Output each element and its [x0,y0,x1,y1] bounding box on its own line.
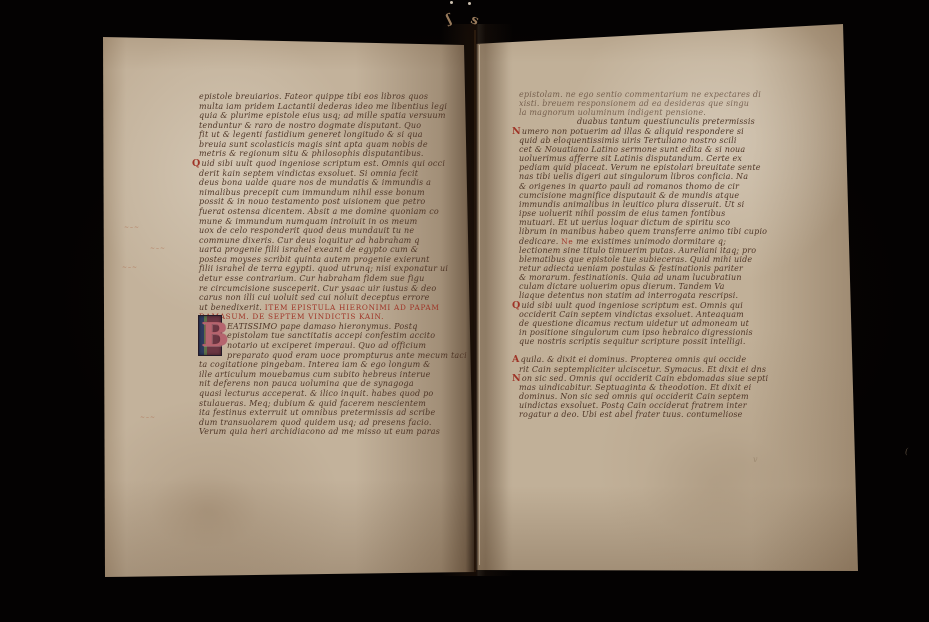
manuscript-line: detur esse contrarium. Cur habraham fide… [199,274,451,284]
manuscript-line: nit deferens non pauca uolumina que de s… [199,379,451,389]
line-text: epistole breuiarios. Fateor quippe tibi … [199,92,428,101]
line-text: uid sibi uult quod ingeniose scriptum es… [202,159,446,168]
manuscript-line: tenduntur & raro de nostro dogmate dispu… [199,121,451,131]
line-text: mas uindicabitur. Septuaginta & theodoti… [519,383,751,392]
manuscript-line: epistolam. ne ego sentio commentarium ne… [519,90,774,99]
manuscript-line: metris & regionum situ & philosophis dis… [199,149,451,159]
red-capital: Q [192,158,202,169]
line-text: immundis animalibus in leuitico plura di… [519,200,744,209]
manuscript-line: dedicare. Ne me existimes unimodo dormit… [519,237,774,246]
manuscript-line: dominus. Non sic sed omnis qui occiderit… [519,392,774,401]
manuscript-line: culam dictare uoluerim opus dierum. Tand… [519,282,774,291]
illuminated-initial-B: B [198,315,222,356]
line-text: ta cogitatione pingebam. Interea iam & e… [199,360,431,369]
line-text: librum in manibus habeo quem transferre … [519,227,767,236]
line-text: postea moyses scribit quinta autem proge… [199,255,430,264]
manuscript-line: deus bona ualde quare nos de mundatis & … [199,178,451,188]
line-text: ita festinus exterruit ut omnibus preter… [199,408,435,417]
manuscript-line: uarta progenie filii israhel exeant de e… [199,245,451,255]
line-text: breuia sunt scolasticis magis sint apta … [199,140,428,149]
line-text: blematibus que epistole tue subieceras. … [519,255,752,264]
manuscript-line: xisti. breuem responsionem ad ea desider… [519,99,774,108]
line-text: rit Cain septempliciter ulciscetur. Syma… [519,365,766,374]
line-text: EATISSIMO pape damaso hieronymus. Postq [227,322,418,331]
margin-scribble-icon: ~–~ [122,264,138,271]
manuscript-line: pediam quid placeat. Verum ne epistolari… [519,163,774,172]
line-text: nas tibi uelis digeri aut singulorum lib… [519,172,748,181]
manuscript-line: re circumcisione susceperit. Cur ysaac u… [199,284,451,294]
manuscript-line: mune & immundum numquam introiuit in os … [199,217,451,227]
manuscript-line: ita festinus exterruit ut omnibus preter… [199,408,451,418]
manuscript-line: nimalibus precepit cum immundum nihil es… [199,188,451,198]
manuscript-line: quid ab eloquentissimis uiris Tertuliano… [519,136,774,145]
manuscript-line: commune dixeris. Cur deus loquitur ad ha… [199,236,451,246]
manuscript-line: rit Cain septempliciter ulciscetur. Syma… [519,365,774,374]
manuscript-line: stulaueras. Meq; dubium & quid facerem n… [199,399,451,409]
line-text: commune dixeris. Cur deus loquitur ad ha… [199,236,420,245]
manuscript-line: retur adiecta ueniam postulas & festinat… [519,264,774,273]
line-text: quid ab eloquentissimis uiris Tertuliano… [519,136,737,145]
line-text: dominus. Non sic sed omnis qui occiderit… [519,392,749,401]
line-text: uarta progenie filii israhel exeant de e… [199,245,418,254]
manuscript-line: epistole breuiarios. Fateor quippe tibi … [199,92,451,102]
line-text: xisti. breuem responsionem ad ea desider… [519,99,749,108]
initial-letter: B [201,314,222,355]
line-text: carus non illi cui uoluit sed cui noluit… [199,293,430,302]
manuscript-line: duabus tantum questiunculis pretermissis [519,117,774,126]
line-text: quila. & dixit ei dominus. Propterea omn… [521,355,747,364]
manuscript-line: mutuari. Et ut uerius loquar dictum de s… [519,218,774,227]
line-text: ille articulum mouebamus cum subito hebr… [199,370,431,379]
line-text: cet & Nouatiano Latino sermone sunt edit… [519,145,745,154]
line-text: multa iam pridem Lactantii dederas ideo … [199,102,447,111]
line-text: nit deferens non pauca uolumina que de s… [199,379,414,388]
line-text: cumcisione magnifice disputauit & de mun… [519,191,739,200]
line-text: possit & in nouo testamento post uisione… [199,197,425,206]
manuscript-line: mas uindicabitur. Septuaginta & theodoti… [519,383,774,392]
line-text: pediam quid placeat. Verum ne epistolari… [519,163,761,172]
margin-note-icon: ~–~ [140,414,156,421]
manuscript-line: immundis animalibus in leuitico plura di… [519,200,774,209]
manuscript-line: cet & Nouatiano Latino sermone sunt edit… [519,145,774,154]
line-text: re circumcisione susceperit. Cur ysaac u… [199,284,436,293]
line-text: notario ut exciperet imperaui. Quo ad of… [227,341,426,350]
stray-ink-mark: v [753,455,758,464]
line-text: preparato quod eram uoce prompturus ante… [227,351,467,360]
manuscript-line: ille articulum mouebamus cum subito hebr… [199,370,451,380]
line-text: que nostris scriptis sequitur scripture … [519,337,746,346]
line-text: stulaueras. Meq; dubium & quid facerem n… [199,399,426,408]
manuscript-line: EATISSIMO pape damaso hieronymus. Postq [199,322,451,332]
line-text: ut benedixerit. ITEM EPISTULA HIERONIMI … [199,303,440,312]
manuscript-line: uindictas exsoluet. Postq Cain occiderat… [519,401,774,410]
line-text: mune & immundum numquam introiuit in os … [199,217,417,226]
manuscript-line: de questione dicamus rectum uidetur ut a… [519,319,774,328]
line-text: uoluerimus afferre sit Latinis disputand… [519,154,742,163]
manuscript-line: Non sic sed. Omnis qui occiderit Cain eb… [519,374,774,383]
line-text: dedicare. Ne me existimes unimodo dormit… [519,237,726,246]
line-text: filii israhel de terra egypti. quod utru… [199,264,448,273]
line-text: quia & plurime epistole eius usq; ad mil… [199,111,446,120]
manuscript-line: Aquila. & dixit ei dominus. Propterea om… [519,355,774,364]
manuscript-line: la magnorum uoluminum indigent pensione. [519,108,774,117]
manuscript-line: possit & in nouo testamento post uisione… [199,197,451,207]
line-text: lectionem sine titulo timuerim putas. Au… [519,246,756,255]
manuscript-line: dum transuolarem quod quidem usq; ad pre… [199,418,451,428]
line-text: liaque detentus non statim ad interrogat… [519,291,738,300]
line-text: rogatur a deo. Ubi est abel frater tuus.… [519,410,743,419]
manuscript-line: carus non illi cui uoluit sed cui noluit… [199,293,451,303]
manuscript-line: que nostris scriptis sequitur scripture … [519,337,774,346]
dust-speck [450,1,453,4]
margin-scribble-icon: ~–~ [124,224,140,231]
stray-ink-mark: ( [905,447,908,456]
line-text: tenduntur & raro de nostro dogmate dispu… [199,121,421,130]
manuscript-line: Verum quia heri archidiacono ad me misso… [199,427,451,437]
manuscript-line: derit kain septem vindictas exsoluet. Si… [199,169,451,179]
line-text: nimalibus precepit cum immundum nihil es… [199,188,425,197]
manuscript-line: fuerat ostensa dicentem. Absit a me domi… [199,207,451,217]
dust-speck [468,2,471,5]
manuscript-line: notario ut exciperet imperaui. Quo ad of… [199,341,451,351]
manuscript-line: cumcisione magnifice disputauit & de mun… [519,191,774,200]
margin-scribble-icon: ~–~ [725,251,741,258]
manuscript-line: librum in manibus habeo quem transferre … [519,227,774,236]
manuscript-line: preparato quod eram uoce prompturus ante… [199,351,451,361]
line-text: & origenes in quarto pauli ad romanos th… [519,182,739,191]
line-text: culam dictare uoluerim opus dierum. Tand… [519,282,725,291]
manuscript-line: postea moyses scribit quinta autem proge… [199,255,451,265]
manuscript-line: ut benedixerit. ITEM EPISTULA HIERONIMI … [199,303,451,313]
line-text: fit ut & legenti fastidium generet longi… [199,130,423,139]
line-text: retur adiecta ueniam postulas & festinat… [519,264,743,273]
manuscript-line: Quid sibi uult quod ingeniose scriptum e… [519,301,774,310]
manuscript-line: nas tibi uelis digeri aut singulorum lib… [519,172,774,181]
line-text: la magnorum uoluminum indigent pensione. [519,108,706,117]
manuscript-line: occiderit Cain septem vindictas exsoluet… [519,310,774,319]
line-text: uid sibi uult quod ingeniose scriptum es… [521,301,743,310]
manuscript-line: Numero non potuerim ad illas & aliquid r… [519,127,774,136]
manuscript-line: quasi lecturus acceperat. & ilico inquit… [199,389,451,399]
line-text: uox de celo responderit quod deus mundau… [199,226,414,235]
manuscript-line: breuia sunt scolasticis magis sint apta … [199,140,451,150]
line-text: occiderit Cain septem vindictas exsoluet… [519,310,744,319]
line-text: on sic sed. Omnis qui occiderit Cain ebd… [522,374,768,383]
manuscript-line: filii israhel de terra egypti. quod utru… [199,264,451,274]
line-text: derit kain septem vindictas exsoluet. Si… [199,169,418,178]
binding-thread-icon: ʃ [445,12,454,28]
line-text: uindictas exsoluet. Postq Cain occiderat… [519,401,747,410]
line-text: ipse uoluerit nihil possim de eius tamen… [519,209,725,218]
manuscript-line: & morarum. festinationis. Quia ad unam l… [519,273,774,282]
line-text: mutuari. Et ut uerius loquar dictum de s… [519,218,730,227]
manuscript-line: liaque detentus non statim ad interrogat… [519,291,774,300]
manuscript-line: DAMASUM. DE SEPTEM VINDICTIS KAIN. [199,312,451,322]
manuscript-line: fit ut & legenti fastidium generet longi… [199,130,451,140]
manuscript-line: ipse uoluerit nihil possim de eius tamen… [519,209,774,218]
line-text: Verum quia heri archidiacono ad me misso… [199,427,440,436]
manuscript-line: quia & plurime epistole eius usq; ad mil… [199,111,451,121]
line-text: deus bona ualde quare nos de mundatis & … [199,178,431,187]
line-text: detur esse contrarium. Cur habraham fide… [199,274,424,283]
binding-thread-icon: s [468,12,480,29]
line-text: dum transuolarem quod quidem usq; ad pre… [199,418,432,427]
manuscript-line: in positione singulorum cum ipso hebraic… [519,328,774,337]
binding-fold-line [474,30,476,572]
line-text: de questione dicamus rectum uidetur ut a… [519,319,749,328]
line-text: quasi lecturus acceperat. & ilico inquit… [199,389,433,398]
manuscript-line: rogatur a deo. Ubi est abel frater tuus.… [519,410,774,419]
margin-scribble-icon: ~–~ [150,245,166,252]
line-text: & morarum. festinationis. Quia ad unam l… [519,273,742,282]
line-text: fuerat ostensa dicentem. Absit a me domi… [199,207,439,216]
line-text: epistolam tue sanctitatis accepi confest… [227,331,435,340]
manuscript-photograph: epistole breuiarios. Fateor quippe tibi … [0,0,929,622]
manuscript-line: & origenes in quarto pauli ad romanos th… [519,182,774,191]
left-page-text-block: epistole breuiarios. Fateor quippe tibi … [199,92,451,437]
manuscript-line: epistolam tue sanctitatis accepi confest… [199,331,451,341]
line-text: metris & regionum situ & philosophis dis… [199,149,424,158]
manuscript-line: uox de celo responderit quod deus mundau… [199,226,451,236]
line-text: duabus tantum questiunculis pretermissis [577,117,755,126]
manuscript-line: multa iam pridem Lactantii dederas ideo … [199,102,451,112]
manuscript-line: uoluerimus afferre sit Latinis disputand… [519,154,774,163]
line-text: in positione singulorum cum ipso hebraic… [519,328,753,337]
manuscript-line: ta cogitatione pingebam. Interea iam & e… [199,360,451,370]
line-text: epistolam. ne ego sentio commentarium ne… [519,90,761,99]
manuscript-line: Quid sibi uult quod ingeniose scriptum e… [199,159,451,169]
line-text: umero non potuerim ad illas & aliquid re… [522,127,744,136]
page-edge-line [479,45,480,565]
